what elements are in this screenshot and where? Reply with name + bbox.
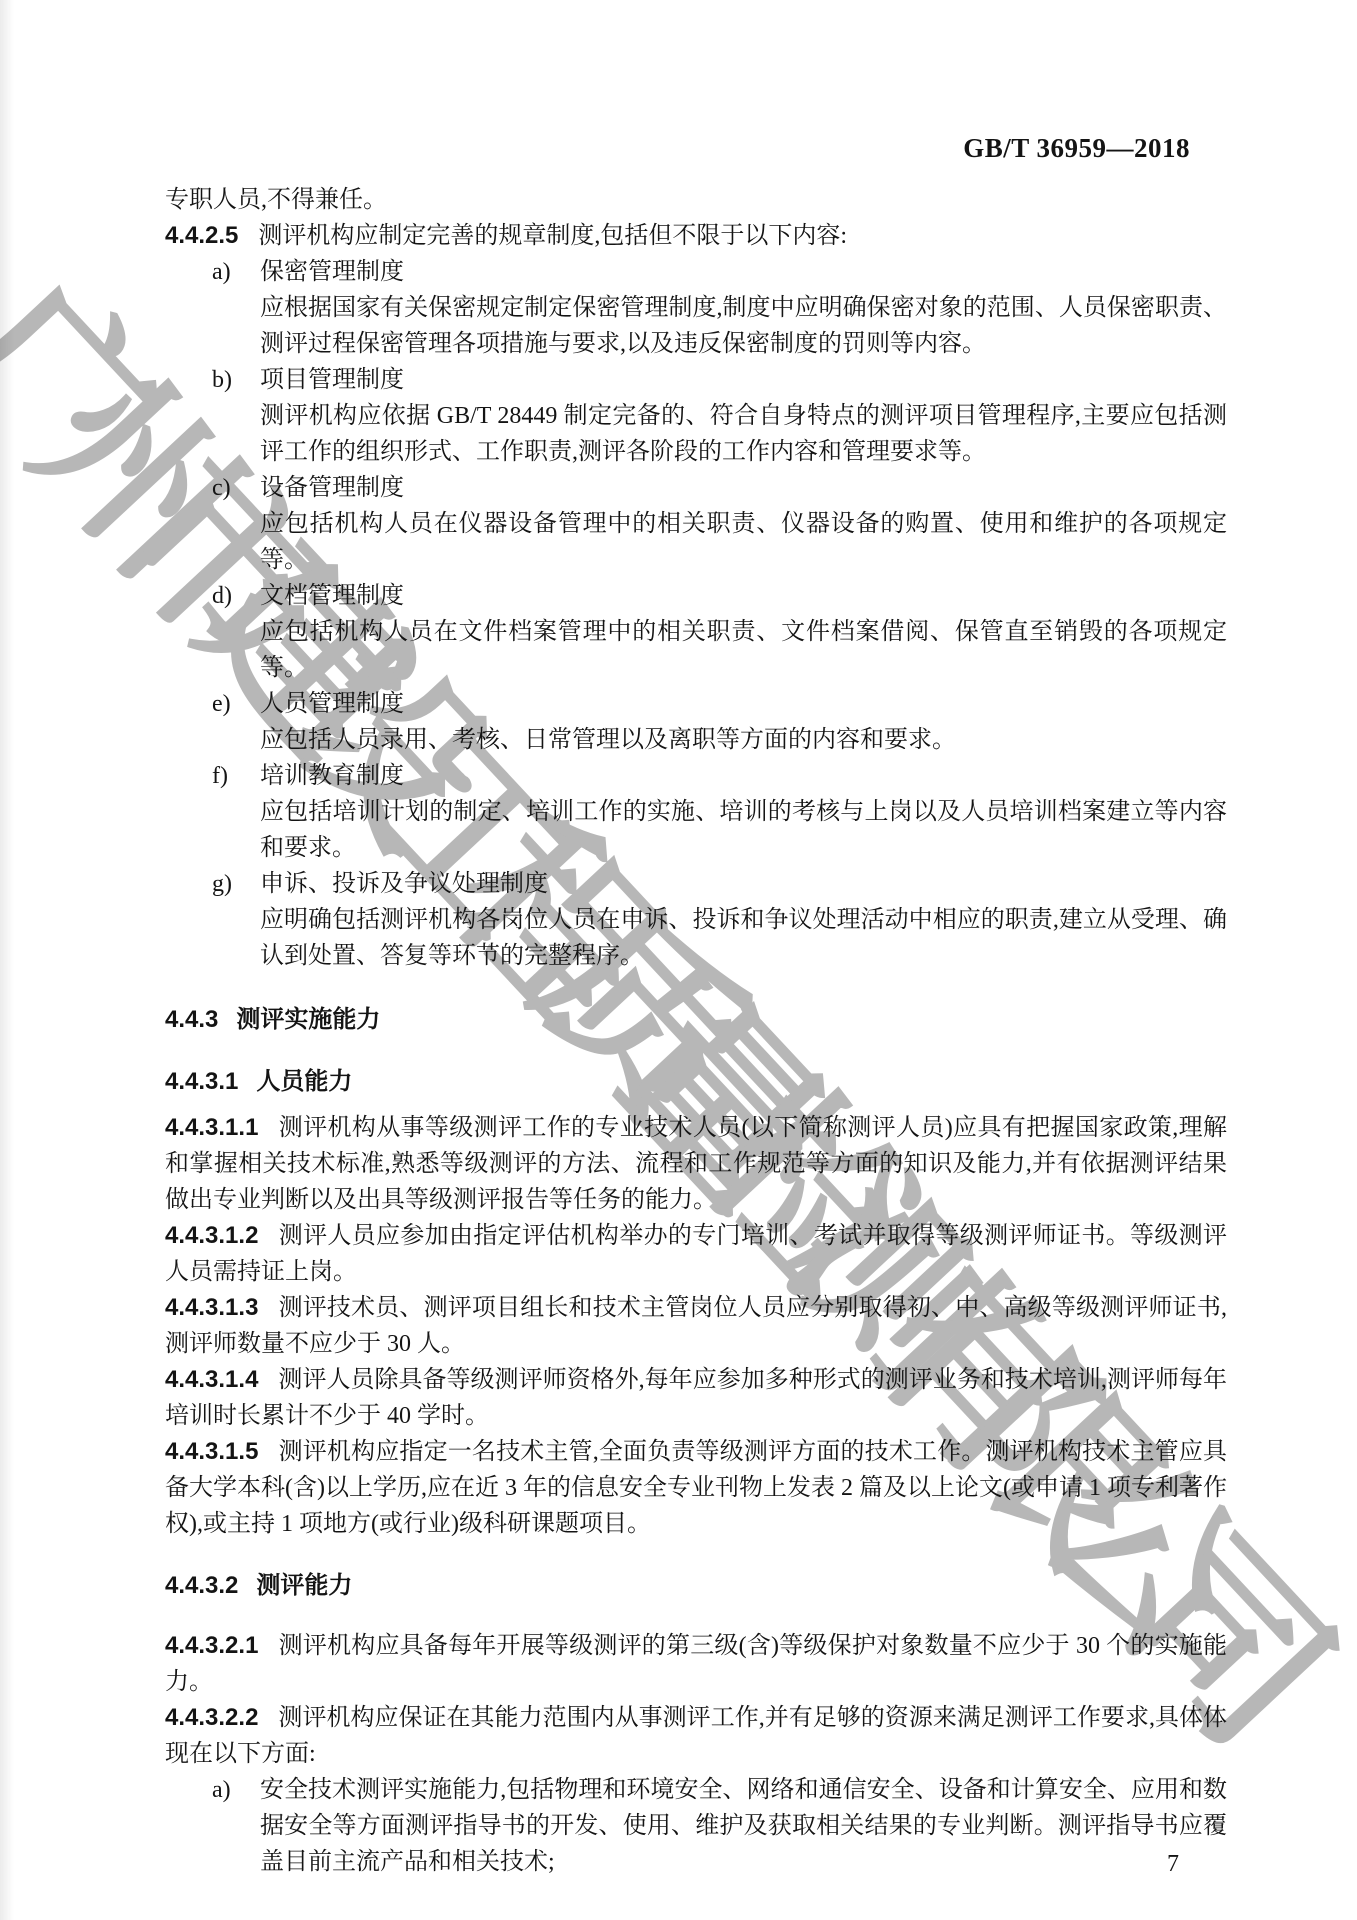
clause-4-4-3-1-4: 4.4.3.1.4测评人员除具备等级测评师资格外,每年应参加多种形式的测评业务和… xyxy=(165,1362,1227,1434)
clause-text: 测评机构从事等级测评工作的专业技术人员(以下简称测评人员)应具有把握国家政策,理… xyxy=(165,1115,1227,1213)
clause-4-4-3-2-2: 4.4.3.2.2测评机构应保证在其能力范围内从事测评工作,并有足够的资源来满足… xyxy=(165,1700,1227,1772)
clause-4-4-3-1-1: 4.4.3.1.1测评机构从事等级测评工作的专业技术人员(以下简称测评人员)应具… xyxy=(165,1110,1227,1218)
clause-number: 4.4.3.1.1 xyxy=(165,1114,258,1141)
clause-text: 测评技术员、测评项目组长和技术主管岗位人员应分别取得初、中、高级等级测评师证书,… xyxy=(165,1295,1227,1357)
heading-number: 4.4.3.1 xyxy=(165,1068,238,1095)
list-item-title: 文档管理制度 xyxy=(260,578,1227,614)
list-item-title: 培训教育制度 xyxy=(260,758,1227,794)
list-item-description: 应包括培训计划的制定、培训工作的实施、培训的考核与上岗以及人员培训档案建立等内容… xyxy=(260,794,1227,866)
heading-title: 测评实施能力 xyxy=(236,1006,380,1033)
list-item-label: d) xyxy=(212,578,232,614)
paragraph-continuation: 专职人员,不得兼任。 xyxy=(165,182,1227,218)
list-item-title: 保密管理制度 xyxy=(260,254,1227,290)
list-item-description: 应根据国家有关保密规定制定保密管理制度,制度中应明确保密对象的范围、人员保密职责… xyxy=(260,290,1227,362)
list-item-title: 申诉、投诉及争议处理制度 xyxy=(260,866,1227,902)
clause-number: 4.4.2.5 xyxy=(165,222,238,249)
list-item-b: b) 项目管理制度 测评机构应依据 GB/T 28449 制定完备的、符合自身特… xyxy=(165,362,1227,470)
clause-text: 测评机构应制定完善的规章制度,包括但不限于以下内容: xyxy=(258,223,847,249)
clause-4-4-3-1-5: 4.4.3.1.5测评机构应指定一名技术主管,全面负责等级测评方面的技术工作。测… xyxy=(165,1434,1227,1542)
list-item-a2: a) 安全技术测评实施能力,包括物理和环境安全、网络和通信安全、设备和计算安全、… xyxy=(165,1772,1227,1880)
page-number: 7 xyxy=(1167,1851,1179,1878)
list-item-description: 应包括机构人员在文件档案管理中的相关职责、文件档案借阅、保管直至销毁的各项规定等… xyxy=(260,614,1227,686)
clause-4-4-3-1-3: 4.4.3.1.3测评技术员、测评项目组长和技术主管岗位人员应分别取得初、中、高… xyxy=(165,1290,1227,1362)
list-item-description: 安全技术测评实施能力,包括物理和环境安全、网络和通信安全、设备和计算安全、应用和… xyxy=(260,1772,1227,1880)
clause-number: 4.4.3.1.3 xyxy=(165,1294,258,1321)
clause-text: 测评机构应指定一名技术主管,全面负责等级测评方面的技术工作。测评机构技术主管应具… xyxy=(165,1439,1227,1537)
list-item-title: 项目管理制度 xyxy=(260,362,1227,398)
clause-text: 测评机构应具备每年开展等级测评的第三级(含)等级保护对象数量不应少于 30 个的… xyxy=(165,1633,1227,1695)
list-item-label: a) xyxy=(212,1772,231,1808)
list-item-label: f) xyxy=(212,758,228,794)
list-item-description: 测评机构应依据 GB/T 28449 制定完备的、符合自身特点的测评项目管理程序… xyxy=(260,398,1227,470)
heading-title: 测评能力 xyxy=(256,1572,352,1599)
standard-number-header: GB/T 36959—2018 xyxy=(963,133,1190,164)
heading-4-4-3: 4.4.3测评实施能力 xyxy=(165,1002,1227,1038)
list-item-label: b) xyxy=(212,362,232,398)
heading-number: 4.4.3.2 xyxy=(165,1572,238,1599)
list-item-d: d) 文档管理制度 应包括机构人员在文件档案管理中的相关职责、文件档案借阅、保管… xyxy=(165,578,1227,686)
clause-text: 测评人员应参加由指定评估机构举办的专门培训、考试并取得等级测评师证书。等级测评人… xyxy=(165,1223,1227,1285)
document-page: 广州市建设工程质量检测有限公司 GB/T 36959—2018 专职人员,不得兼… xyxy=(0,0,1357,1920)
document-body: 专职人员,不得兼任。 4.4.2.5测评机构应制定完善的规章制度,包括但不限于以… xyxy=(165,182,1227,1880)
list-item-a: a) 保密管理制度 应根据国家有关保密规定制定保密管理制度,制度中应明确保密对象… xyxy=(165,254,1227,362)
clause-text: 测评人员除具备等级测评师资格外,每年应参加多种形式的测评业务和技术培训,测评师每… xyxy=(165,1367,1227,1429)
list-item-label: g) xyxy=(212,866,232,902)
clause-number: 4.4.3.1.4 xyxy=(165,1366,258,1393)
list-item-e: e) 人员管理制度 应包括人员录用、考核、日常管理以及离职等方面的内容和要求。 xyxy=(165,686,1227,758)
heading-title: 人员能力 xyxy=(256,1068,352,1095)
list-item-f: f) 培训教育制度 应包括培训计划的制定、培训工作的实施、培训的考核与上岗以及人… xyxy=(165,758,1227,866)
clause-number: 4.4.3.1.5 xyxy=(165,1438,258,1465)
clause-4-4-2-5: 4.4.2.5测评机构应制定完善的规章制度,包括但不限于以下内容: xyxy=(165,218,1227,254)
list-item-description: 应明确包括测评机构各岗位人员在申诉、投诉和争议处理活动中相应的职责,建立从受理、… xyxy=(260,902,1227,974)
list-item-c: c) 设备管理制度 应包括机构人员在仪器设备管理中的相关职责、仪器设备的购置、使… xyxy=(165,470,1227,578)
heading-number: 4.4.3 xyxy=(165,1006,218,1033)
heading-4-4-3-2: 4.4.3.2测评能力 xyxy=(165,1568,1227,1604)
list-item-label: e) xyxy=(212,686,231,722)
list-item-description: 应包括机构人员在仪器设备管理中的相关职责、仪器设备的购置、使用和维护的各项规定等… xyxy=(260,506,1227,578)
clause-number: 4.4.3.1.2 xyxy=(165,1222,258,1249)
clause-4-4-3-2-1: 4.4.3.2.1测评机构应具备每年开展等级测评的第三级(含)等级保护对象数量不… xyxy=(165,1628,1227,1700)
list-item-label: c) xyxy=(212,470,231,506)
clause-number: 4.4.3.2.1 xyxy=(165,1632,258,1659)
list-item-description: 应包括人员录用、考核、日常管理以及离职等方面的内容和要求。 xyxy=(260,722,1227,758)
heading-4-4-3-1: 4.4.3.1人员能力 xyxy=(165,1064,1227,1100)
list-item-title: 人员管理制度 xyxy=(260,686,1227,722)
clause-number: 4.4.3.2.2 xyxy=(165,1704,258,1731)
clause-text: 测评机构应保证在其能力范围内从事测评工作,并有足够的资源来满足测评工作要求,具体… xyxy=(165,1705,1227,1767)
scan-edge-shading xyxy=(0,0,14,1920)
list-item-g: g) 申诉、投诉及争议处理制度 应明确包括测评机构各岗位人员在申诉、投诉和争议处… xyxy=(165,866,1227,974)
list-item-label: a) xyxy=(212,254,231,290)
clause-4-4-3-1-2: 4.4.3.1.2测评人员应参加由指定评估机构举办的专门培训、考试并取得等级测评… xyxy=(165,1218,1227,1290)
list-item-title: 设备管理制度 xyxy=(260,470,1227,506)
